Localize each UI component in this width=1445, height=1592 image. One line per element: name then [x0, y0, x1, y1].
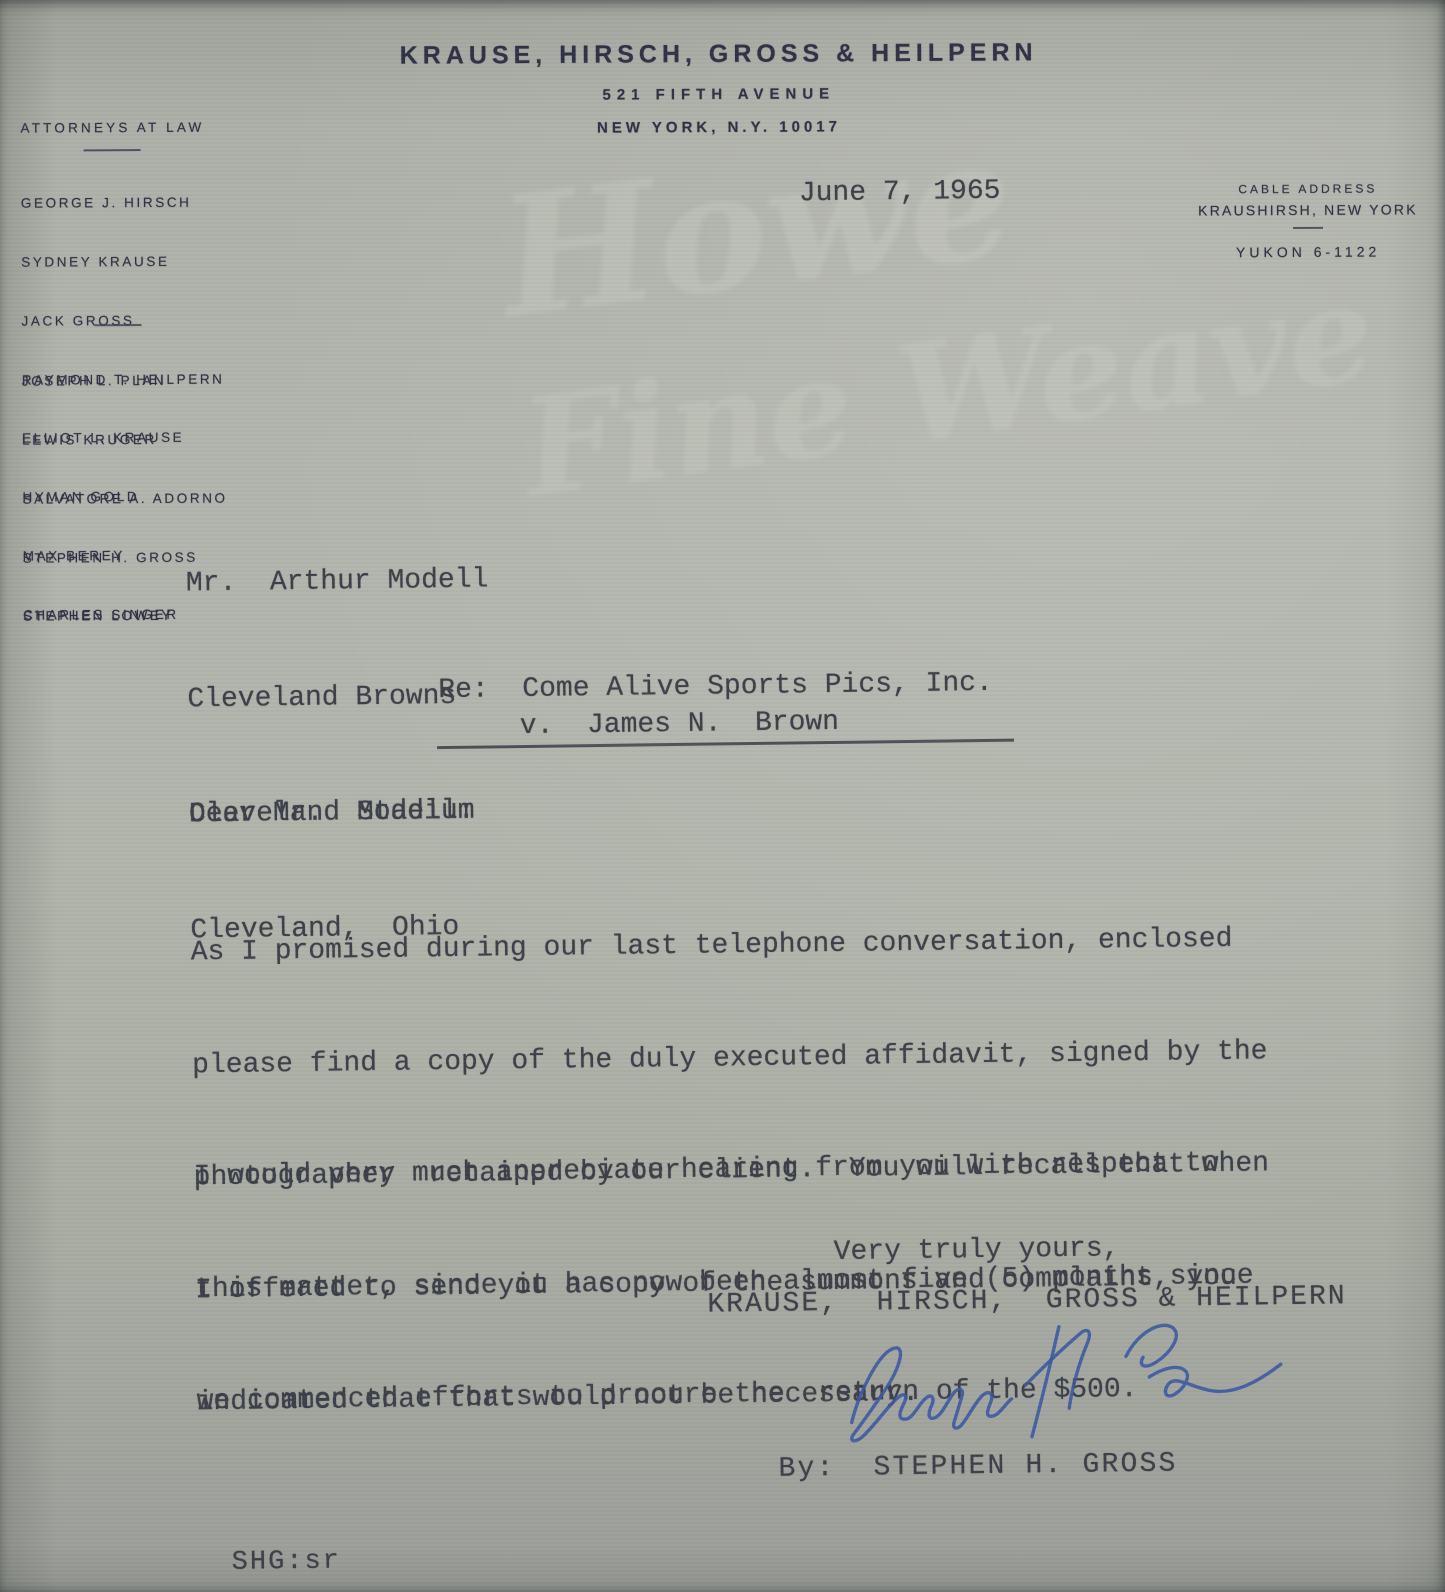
scanned-letter-page: { "letterhead": { "firm_name": "KRAUSE, …	[0, 0, 1445, 1592]
typed-letter-body: June 7, 1965 Mr. Arthur Modell Cleveland…	[0, 0, 1445, 1592]
by-line: By: STEPHEN H. GROSS	[778, 1446, 1178, 1489]
complimentary-closing: Very truly yours,	[833, 1230, 1119, 1271]
paragraph-line: I would very much appreciate hearing fro…	[193, 1145, 1252, 1196]
re-subject-line-2: v. James N. Brown	[520, 704, 840, 746]
salutation: Dear Mr. Modell:	[189, 793, 475, 834]
date-line: June 7, 1965	[799, 173, 1001, 213]
paragraph-line: As I promised during our last telephone …	[190, 920, 1266, 972]
re-subject-line-1: Re: Come Alive Sports Pics, Inc.	[438, 665, 993, 710]
typist-reference: SHG:sr	[231, 1543, 341, 1582]
recipient-line: Mr. Arthur Modell	[186, 561, 489, 603]
